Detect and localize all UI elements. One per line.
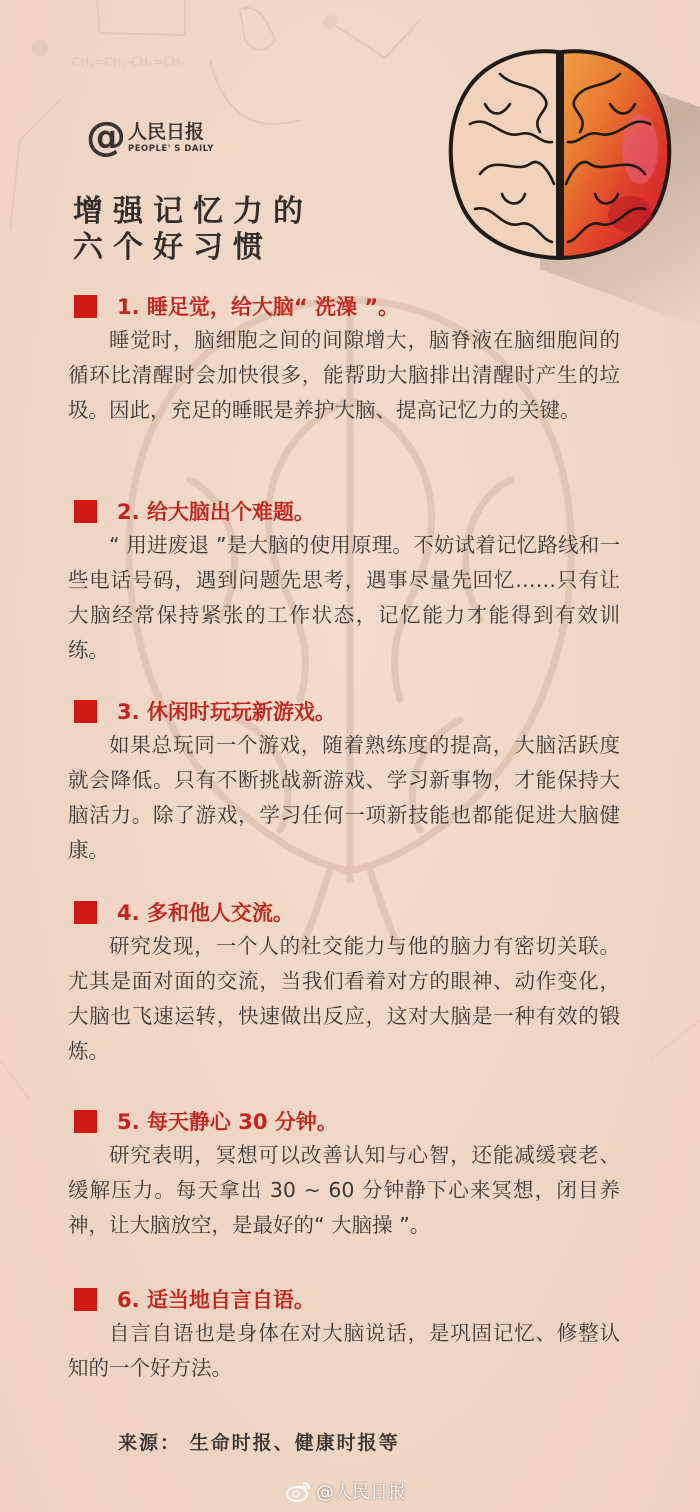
habit-body: 研究表明，冥想可以改善认知与心智，还能减缓衰老、缓解压力。每天拿出 30 ~ 6… bbox=[68, 1138, 620, 1243]
weibo-icon bbox=[286, 1480, 312, 1502]
habit-body: 研究发现，一个人的社交能力与他的脑力有密切关联。尤其是面对面的交流，当我们看着对… bbox=[68, 929, 620, 1069]
title-line-2: 六个好习惯 bbox=[73, 230, 313, 266]
red-square-bullet-icon bbox=[74, 1288, 97, 1311]
habit-title: 2. 给大脑出个难题。 bbox=[117, 496, 315, 526]
habit-body: 睡觉时，脑细胞之间的间隙增大，脑脊液在脑细胞间的循环比清醒时会加快很多，能帮助大… bbox=[68, 323, 620, 428]
red-square-bullet-icon bbox=[74, 500, 97, 523]
logo-name-en: PEOPLE' S DAILY bbox=[128, 143, 214, 155]
habit-section-2: 2. 给大脑出个难题。 “ 用进废退 ”是大脑的使用原理。不妨试着记忆路线和一些… bbox=[74, 494, 634, 668]
habit-section-1: 1. 睡足觉，给大脑“ 洗澡 ”。 睡觉时，脑细胞之间的间隙增大，脑脊液在脑细胞… bbox=[74, 289, 634, 428]
red-square-bullet-icon bbox=[74, 295, 97, 318]
habit-section-5: 5. 每天静心 30 分钟。 研究表明，冥想可以改善认知与心智，还能减缓衰老、缓… bbox=[74, 1104, 634, 1243]
habit-section-3: 3. 休闲时玩玩新游戏。 如果总玩同一个游戏，随着熟练度的提高，大脑活跃度就会降… bbox=[74, 694, 634, 868]
habit-title: 4. 多和他人交流。 bbox=[117, 897, 294, 927]
habit-title: 3. 休闲时玩玩新游戏。 bbox=[117, 696, 336, 726]
title-line-1: 增强记忆力的 bbox=[73, 194, 313, 230]
logo-name-cn: 人民日报 bbox=[128, 121, 214, 143]
peoples-daily-logo: @ 人民日报 PEOPLE' S DAILY bbox=[86, 117, 214, 157]
source-credit: 来源： 生命时报、健康时报等 bbox=[118, 1428, 400, 1455]
infographic-page: CH₂=CH₂-CH₂=CH₃ @ 人民日报 PEOPLE' S DAILY bbox=[0, 0, 700, 1512]
page-title: 增强记忆力的 六个好习惯 bbox=[73, 194, 313, 266]
habit-body: 自言自语也是身体在对大脑说话，是巩固记忆、修整认知的一个好方法。 bbox=[68, 1316, 620, 1386]
habit-body: “ 用进废退 ”是大脑的使用原理。不妨试着记忆路线和一些电话号码，遇到问题先思考… bbox=[68, 528, 620, 668]
weibo-watermark: @人民日报 bbox=[286, 1478, 406, 1504]
red-square-bullet-icon bbox=[74, 700, 97, 723]
svg-text:CH₂=CH₂-CH₂=CH₃: CH₂=CH₂-CH₂=CH₃ bbox=[72, 55, 185, 69]
habit-section-4: 4. 多和他人交流。 研究发现，一个人的社交能力与他的脑力有密切关联。尤其是面对… bbox=[74, 895, 634, 1069]
habit-title: 6. 适当地自言自语。 bbox=[117, 1284, 315, 1314]
weibo-handle: @人民日报 bbox=[316, 1478, 406, 1504]
habit-title: 1. 睡足觉，给大脑“ 洗澡 ”。 bbox=[117, 291, 399, 321]
habit-section-6: 6. 适当地自言自语。 自言自语也是身体在对大脑说话，是巩固记忆、修整认知的一个… bbox=[74, 1282, 634, 1386]
brain-icon bbox=[440, 44, 680, 264]
red-square-bullet-icon bbox=[74, 1110, 97, 1133]
habit-body: 如果总玩同一个游戏，随着熟练度的提高，大脑活跃度就会降低。只有不断挑战新游戏、学… bbox=[68, 728, 620, 868]
red-square-bullet-icon bbox=[74, 901, 97, 924]
at-logo-icon: @ bbox=[86, 117, 126, 157]
habit-title: 5. 每天静心 30 分钟。 bbox=[117, 1106, 338, 1136]
